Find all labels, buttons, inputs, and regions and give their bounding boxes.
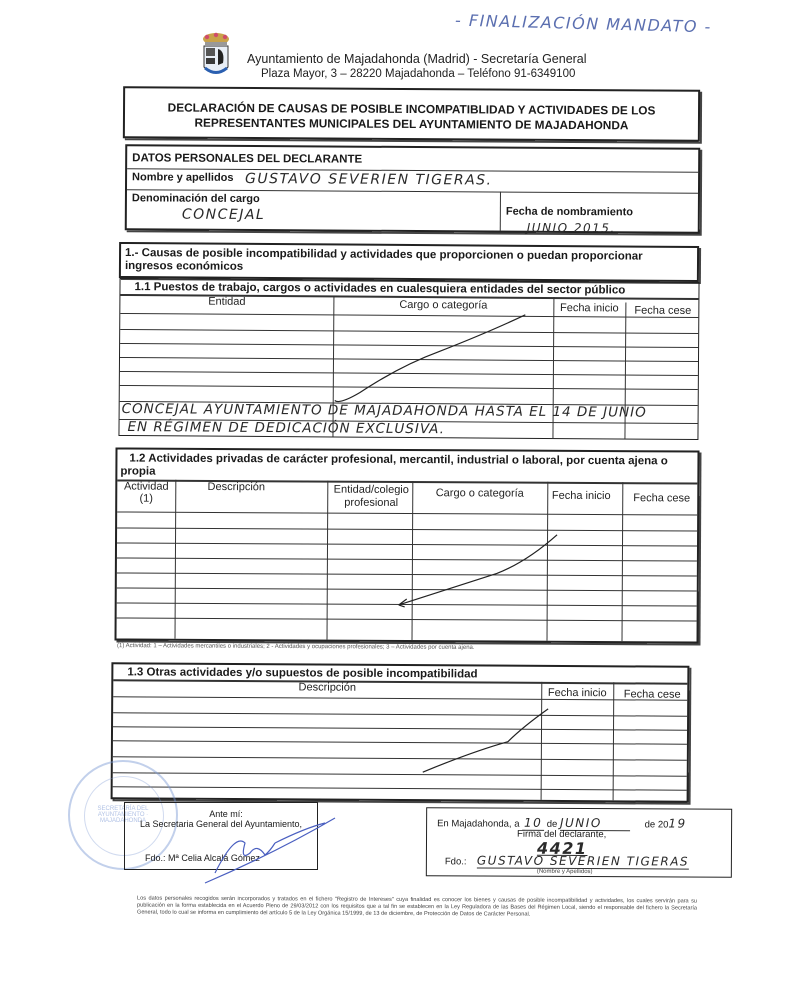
fecha-nombramiento-field[interactable]: JUNIO 2015. (527, 221, 616, 236)
col-cargo-categoria: Cargo o categoría (417, 487, 542, 500)
title-line2: REPRESENTANTES MUNICIPALES DEL AYUNTAMIE… (125, 115, 698, 132)
year-prefix: de 20 (645, 819, 669, 830)
personal-data-heading: DATOS PERSONALES DEL DECLARANTE (132, 152, 362, 165)
secretary-signature-box: Ante mí: La Secretaria General del Ayunt… (124, 802, 318, 870)
section11-table: 1.1 Puestos de trabajo, cargos o activid… (118, 278, 699, 440)
section12-footnote: (1) Actividad: 1 – Actividades mercantil… (117, 643, 475, 651)
place-prefix: En Majadahonda, a (437, 818, 519, 829)
section13-heading: 1.3 Otras actividades y/o supuestos de p… (127, 666, 477, 680)
legal-notice: Los datos personales recogidos serán inc… (137, 896, 697, 920)
declarant-signature-box: En Majadahonda, a 10 de JUNIO de 2019 Fi… (426, 807, 732, 878)
coat-of-arms-icon (199, 31, 233, 79)
col-descripcion: Descripción (175, 481, 297, 494)
col-fecha-cese-12: Fecha cese (622, 492, 701, 504)
col-entidad-colegio: Entidad/colegio profesional (332, 484, 410, 510)
cross-out-stroke (330, 310, 531, 406)
section1-box: 1.- Causas de posible incompatibilidad y… (119, 242, 699, 282)
title-box: DECLARACIÓN DE CAUSAS DE POSIBLE INCOMPA… (123, 86, 700, 142)
year-field[interactable]: 19 (668, 816, 686, 830)
cargo-field[interactable]: CONCEJAL (182, 207, 266, 224)
cross-out-stroke (387, 531, 567, 612)
personal-data-box: DATOS PERSONALES DEL DECLARANTE Nombre y… (125, 144, 701, 234)
name-caption: (Nombre y Apellidos) (537, 869, 593, 875)
section12-heading: 1.2 Actividades privadas de carácter pro… (120, 452, 687, 481)
handwritten-entry-line2[interactable]: EN RÉGIMEN DE DEDICACIÓN EXCLUSIVA. (127, 419, 445, 437)
handwritten-entry-line1[interactable]: CONCEJAL AYUNTAMIENTO DE MAJADAHONDA HAS… (122, 401, 647, 421)
declarant-name-field[interactable]: GUSTAVO SEVERIEN TIGERAS (477, 853, 689, 869)
section1-heading: 1.- Causas de posible incompatibilidad y… (125, 247, 693, 277)
col-fecha-inicio-12: Fecha inicio (547, 490, 615, 502)
cargo-label: Denominación del cargo (132, 192, 260, 205)
secretary-signature-stroke (185, 813, 345, 888)
col-entidad: Entidad (120, 295, 333, 308)
fecha-nombramiento-label: Fecha de nombramiento (506, 206, 633, 219)
name-label: Nombre y apellidos (132, 171, 234, 184)
section13-table: 1.3 Otras actividades y/o supuestos de p… (111, 662, 690, 803)
col-fecha-inicio-13: Fecha inicio (541, 687, 613, 699)
section12-table: 1.2 Actividades privadas de carácter pro… (114, 447, 699, 643)
col-fecha-inicio: Fecha inicio (553, 302, 625, 315)
cross-out-stroke (413, 706, 553, 777)
col-actividad: Actividad (1) (117, 480, 175, 504)
fdo-label: Fdo.: (445, 856, 467, 867)
col-descripcion-13: Descripción (113, 680, 541, 695)
header-line2: Plaza Mayor, 3 – 28220 Majadahonda – Tel… (261, 68, 575, 80)
header-line1: Ayuntamiento de Majadahonda (Madrid) - S… (247, 52, 587, 66)
name-field[interactable]: GUSTAVO SEVERIEN TIGERAS. (245, 171, 493, 189)
col-fecha-cese: Fecha cese (625, 305, 700, 318)
handwritten-annotation: - FINALIZACIÓN MANDATO - (455, 11, 712, 37)
